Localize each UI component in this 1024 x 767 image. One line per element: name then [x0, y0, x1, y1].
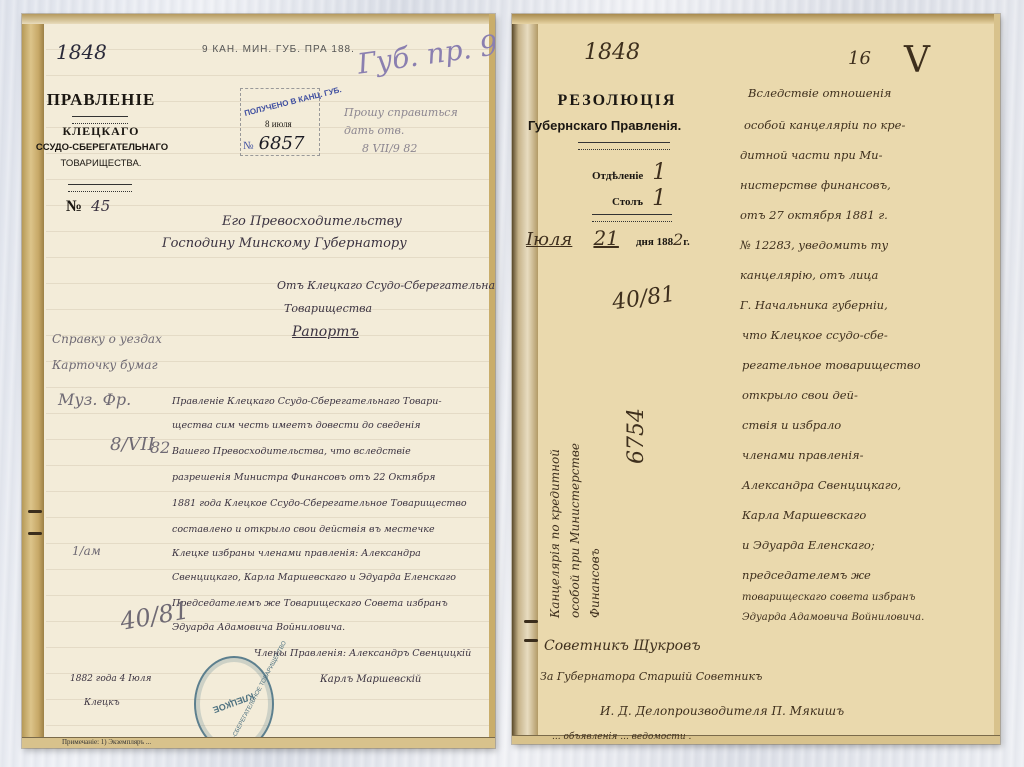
body-line: открыло свои дей- — [742, 388, 858, 402]
body-line: Правленіе Клецкаго Ссудо-Сберегательнаго… — [172, 396, 442, 407]
stamp-number-value: 6857 — [259, 133, 305, 154]
number-value: 45 — [91, 197, 110, 215]
body-line: регательное товарищество — [742, 358, 921, 372]
body-line: и Эдуарда Еленскаго; — [742, 538, 875, 552]
department-label: Отдѣленіе — [592, 170, 643, 182]
date-label: дня 188 — [636, 236, 673, 248]
bottom-print: Примечаніе: 1) Экземпляръ ... — [62, 738, 151, 746]
date-day: 21 — [593, 226, 618, 250]
body-line: Клецке избраны членами правленія: Алекса… — [172, 548, 421, 559]
page-right-edge — [994, 14, 1000, 744]
margin-note: Карточку бумаг — [52, 358, 158, 372]
round-seal-stamp: ССУДО-СБЕРЕГАТЕЛЬНОЕ ТОВАРИЩЕСТВО КЛЕЦКО… — [194, 656, 274, 748]
header-org-type: ССУДО-СБЕРЕГАТЕЛЬНАГО — [32, 142, 172, 153]
date-end: г. — [683, 236, 690, 248]
page-top-edge — [512, 14, 1000, 24]
body-line: что Клецкое ссудо-сбе- — [742, 328, 888, 342]
stamp-day: 8 июля — [265, 119, 292, 129]
margin-note: 8/VII — [110, 434, 155, 455]
body-line: Александра Свенцицкаго, — [742, 478, 901, 492]
from-line: Отъ Клецкаго Ссудо-Сберегательнаго — [277, 279, 495, 292]
signature-line: Члены Правленія: Александръ Свенцицкій — [254, 648, 471, 659]
body-line: отъ 27 октября 1881 г. — [740, 208, 888, 222]
address-line: Господину Минскому Губернатору — [162, 236, 407, 251]
stamp-number: № 6857 — [243, 133, 304, 154]
body-line: Карла Маршевскаго — [742, 508, 866, 522]
header-org: ТОВАРИЩЕСТВА. — [46, 158, 156, 169]
header-town: КЛЕЦКАГО — [46, 124, 156, 139]
vertical-note-line: особой при Министерстве — [568, 443, 582, 618]
body-line: ствія и избрало — [742, 418, 841, 432]
body-line: составлено и открыло свои действія въ ме… — [172, 524, 435, 535]
right-document-page: 1848 16 V РЕЗОЛЮЦІЯ Губернскаго Правлені… — [512, 14, 1000, 744]
fraction-note: 40/81 — [611, 282, 677, 316]
date-year-suffix: 2 — [673, 230, 683, 249]
body-line: Эдуарда Адамовича Войниловича. — [172, 622, 345, 633]
ornament-divider — [592, 214, 672, 222]
ring-icon — [524, 620, 538, 623]
bottom-partial-text: ... объявленія ... ведомости . — [552, 732, 691, 742]
body-line: Эдуарда Адамовича Войниловича. — [742, 612, 924, 623]
vertical-note-line: Финансовъ — [588, 548, 602, 618]
ring-icon — [28, 532, 42, 535]
left-document-page: 1848 9 КАН. МИН. ГУБ. ПРА 188. Губ. пр. … — [22, 14, 495, 748]
body-line: членами правленія- — [742, 448, 864, 462]
margin-note: Справку о уездах — [52, 332, 162, 346]
page-top-edge — [22, 14, 495, 24]
body-line: № 12283, уведомить ту — [740, 238, 888, 252]
pencil-line: дать отв. — [344, 124, 404, 137]
ring-icon — [28, 510, 42, 513]
ornament-divider — [72, 116, 128, 124]
body-line: Председателемъ же Товарищескаго Совета и… — [172, 598, 448, 609]
address-line: Его Превосходительству — [222, 214, 402, 229]
header-title: ПРАВЛЕНІЕ — [46, 90, 156, 110]
resolution-date: Іюля 21 дня 1882г. — [526, 226, 690, 250]
place-line: Клецкъ — [84, 698, 120, 708]
document-type: Рапортъ — [292, 324, 359, 340]
body-line: председателемъ же — [742, 568, 871, 582]
vertical-note-line: Канцелярія по кредитной — [548, 449, 562, 618]
number-label: № — [66, 198, 82, 215]
margin-note: 1/ам — [72, 544, 101, 558]
vertical-number: 6754 — [624, 408, 649, 464]
body-line: особой канцеляріи по кре- — [744, 118, 905, 132]
body-line: щества сим честь имеетъ довести до сведе… — [172, 420, 420, 431]
ring-icon — [524, 639, 538, 642]
page-binding — [22, 14, 44, 748]
document-number: № 45 — [66, 196, 110, 216]
body-line: Свенцицкаго, Карла Маршевскаго и Эдуарда… — [172, 572, 456, 583]
department-value: 1 — [652, 160, 666, 185]
body-line: Г. Начальника губерніи, — [740, 298, 888, 312]
signature-line: За Губернатора Старшій Советникъ — [540, 670, 762, 683]
received-stamp: ПОЛУЧЕНО В КАНЦ. ГУБ. 8 июля № 6857 — [240, 88, 320, 156]
pencil-line: Прошу справиться — [344, 106, 458, 119]
desk-value: 1 — [652, 186, 666, 211]
body-line: разрешенія Министра Финансовъ отъ 22 Окт… — [172, 472, 435, 483]
body-line: Вследствіе отношенія — [748, 86, 891, 100]
date-line: 1882 года 4 Іюля — [70, 674, 151, 684]
header-title: РЕЗОЛЮЦІЯ — [552, 92, 682, 110]
body-line: канцелярію, отъ лица — [740, 268, 878, 282]
body-line: Вашего Превосходительства, что вследстві… — [172, 446, 411, 457]
margin-note: Муз. Фр. — [58, 390, 131, 409]
margin-note: 82 — [150, 438, 170, 457]
date-month: Іюля — [526, 229, 572, 250]
department-field: Отдѣленіе 1 — [592, 160, 666, 185]
body-line: нистерстве финансовъ, — [740, 178, 891, 192]
signature-line: Карлъ Маршевскій — [320, 674, 421, 685]
stamp-number-label: № — [243, 140, 254, 152]
from-line: Товарищества — [284, 302, 372, 315]
desk-field: Столъ 1 — [612, 186, 666, 211]
ornament-divider — [68, 184, 132, 192]
signature-line: И. Д. Делопроизводителя П. Мякишъ — [600, 704, 844, 718]
pencil-line: 8 VII/9 82 — [362, 142, 417, 155]
header-subtitle: Губернскаго Правленія. — [528, 118, 681, 133]
faint-print-header: 9 КАН. МИН. ГУБ. ПРА 188. — [202, 44, 355, 55]
body-line: дитной части при Ми- — [740, 148, 882, 162]
year-note: 1848 — [56, 40, 107, 64]
check-mark: V — [904, 40, 930, 81]
ornament-divider — [578, 142, 670, 150]
desk-label: Столъ — [612, 196, 643, 208]
signature-line: Советникъ Щукровъ — [544, 638, 701, 654]
page-number: 16 — [848, 48, 871, 69]
year-note: 1848 — [584, 40, 640, 65]
body-line: 1881 года Клецкое Ссудо-Сберегательное Т… — [172, 498, 467, 509]
body-line: товарищескаго совета избранъ — [742, 592, 915, 603]
page-right-edge — [489, 14, 495, 748]
